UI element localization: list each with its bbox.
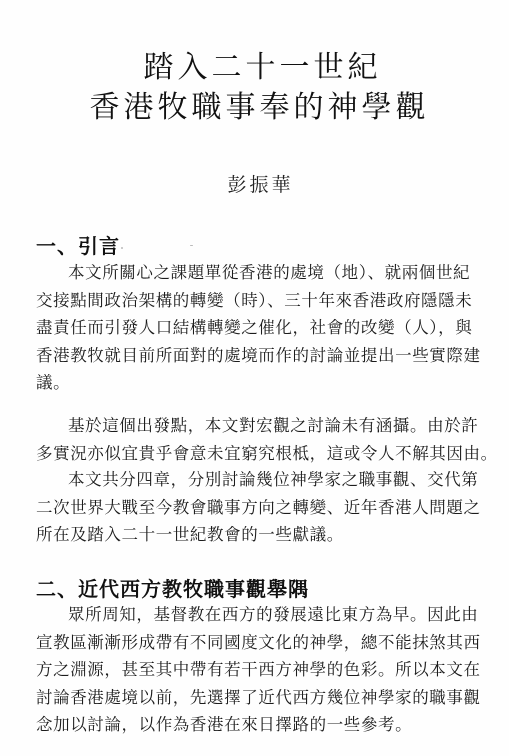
author-name: 彭振華	[0, 170, 509, 197]
title-line-1: 踏入二十一世紀	[8, 50, 509, 86]
text-line: 討論香港處境以前，先選擇了近代西方幾位神學家的職事觀	[36, 684, 428, 712]
scan-speck	[121, 247, 123, 249]
text-line: 香港教牧就目前所面對的處境而作的討論並提出一些實際建	[36, 342, 428, 370]
paragraph-intro-3: 本文共分四章，分別討論幾位神學家之職事觀、交代第 二次世界大戰至今教會職事方向之…	[36, 466, 428, 549]
text-line: 多實況亦似宜貴乎會意未宜窮究根柢，這或令人不解其因由。	[36, 440, 428, 468]
title-line-2: 香港牧職事奉的神學觀	[5, 90, 509, 126]
text-line: 二次世界大戰至今教會職事方向之轉變、近年香港人問題之	[36, 494, 428, 522]
text-line: 基於這個出發點，本文對宏觀之討論未有涵攝。由於許	[36, 412, 428, 440]
text-line: 盡責任而引發人口結構轉變之催化，社會的改變（人），與	[36, 314, 428, 342]
text-line: 眾所周知，基督教在西方的發展遠比東方為早。因此由	[36, 601, 428, 629]
paragraph-intro-1: 本文所關心之課題單從香港的處境（地）、就兩個世紀 交接點間政治架構的轉變（時）、…	[36, 259, 428, 397]
text-line: 本文共分四章，分別討論幾位神學家之職事觀、交代第	[36, 466, 428, 494]
document-page: 踏入二十一世紀 香港牧職事奉的神學觀 彭振華 一、引言 本文所關心之課題單從香港…	[0, 0, 509, 756]
text-line: 本文所關心之課題單從香港的處境（地）、就兩個世紀	[36, 259, 428, 287]
paragraph-section2-1: 眾所周知，基督教在西方的發展遠比東方為早。因此由 宣教區漸漸形成帶有不同國度文化…	[36, 601, 428, 739]
section-heading-western-ministry: 二、近代西方教牧職事觀舉隅	[36, 576, 309, 602]
text-line: 方之淵源，甚至其中帶有若干西方神學的色彩。所以本文在	[36, 656, 428, 684]
text-line: 宣教區漸漸形成帶有不同國度文化的神學，總不能抹煞其西	[36, 629, 428, 657]
text-line: 念加以討論，以作為香港在來日擇路的一些參考。	[36, 711, 428, 739]
paragraph-intro-2: 基於這個出發點，本文對宏觀之討論未有涵攝。由於許 多實況亦似宜貴乎會意未宜窮究根…	[36, 412, 428, 467]
scan-speck	[190, 245, 193, 246]
text-line: 議。	[36, 369, 428, 397]
text-line: 交接點間政治架構的轉變（時）、三十年來香港政府隱隱未	[36, 287, 428, 315]
section-heading-introduction: 一、引言	[36, 233, 120, 259]
text-line: 所在及踏入二十一世紀教會的一些獻議。	[36, 521, 428, 549]
